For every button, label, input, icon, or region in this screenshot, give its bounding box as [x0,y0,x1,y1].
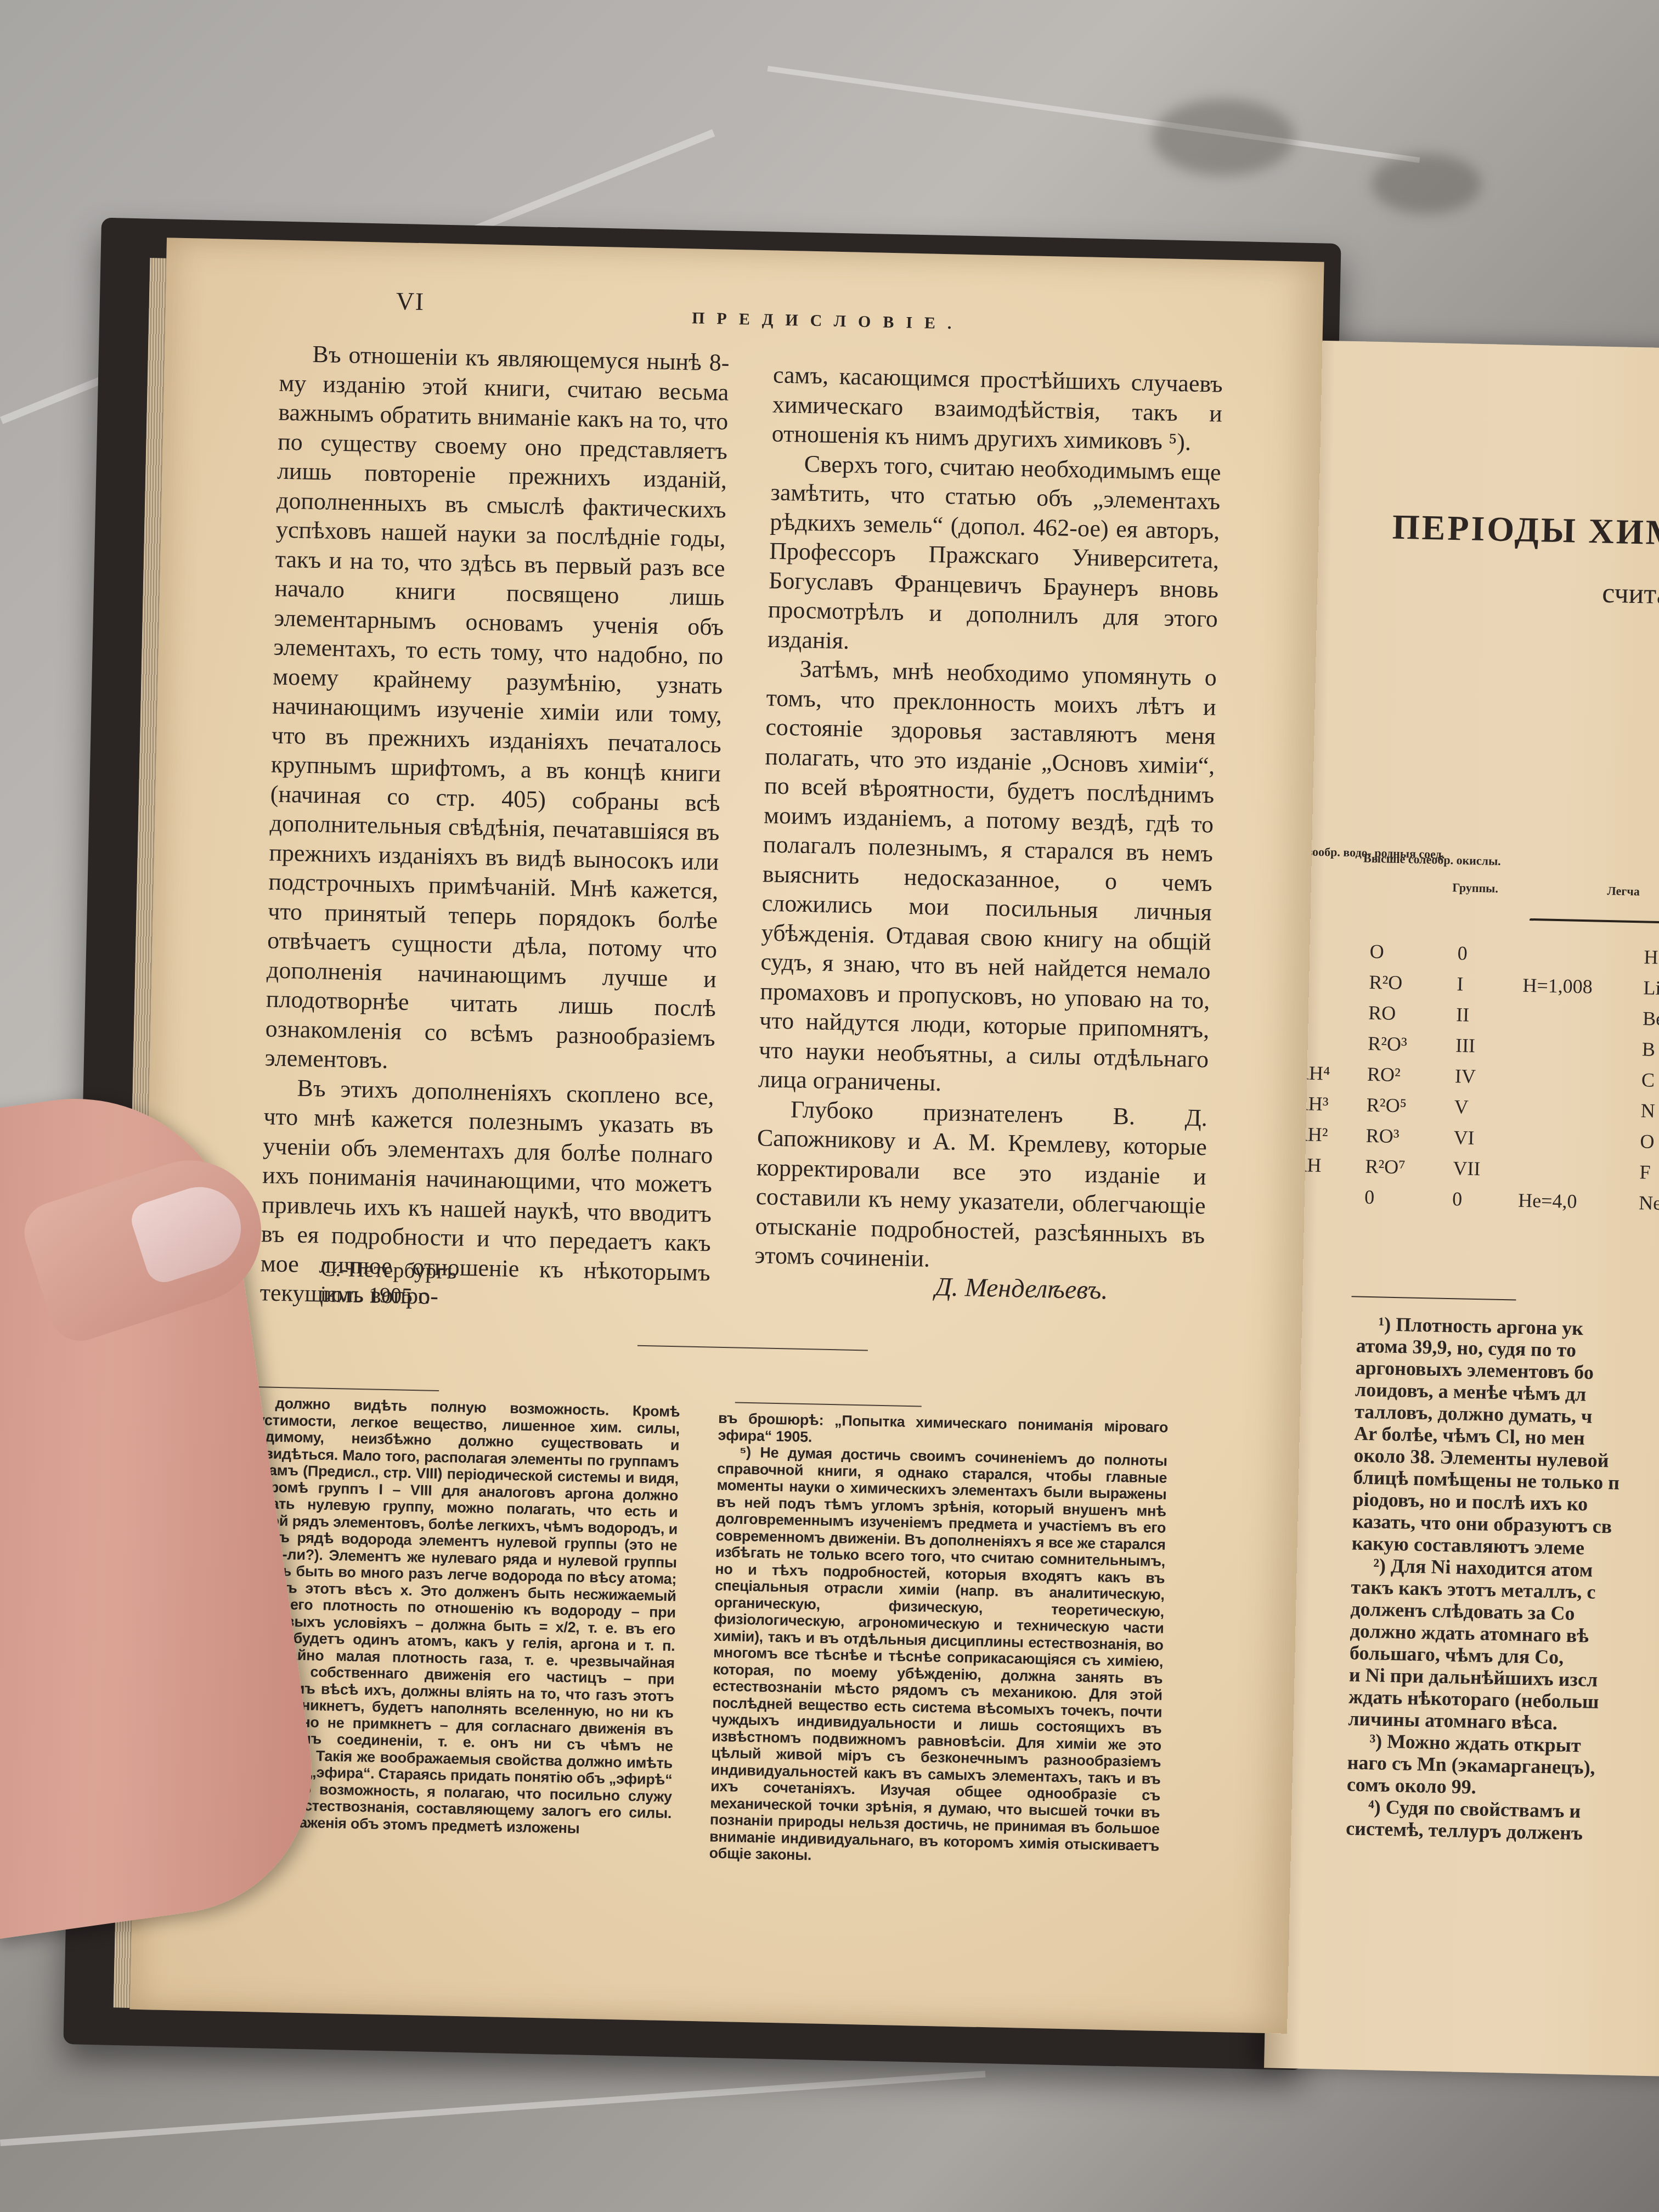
right-page-title: ПЕРІОДЫ ХИМИЧЕ [1392,507,1659,555]
cell-oxide: RO³ [1365,1124,1400,1148]
cell-group: III [1455,1034,1476,1057]
cell-element: N [1640,1099,1655,1122]
cell-oxide: 0 [1364,1186,1375,1209]
cell-oxide: R²O³ [1368,1032,1407,1056]
cell-group: IV [1455,1064,1476,1088]
paragraph: Глубоко признателенъ В. Д. Сапожникову и… [754,1094,1208,1279]
header-oxides: Высшіе солеобр. окислы. [1363,852,1435,867]
paragraph: самъ, касающимся простѣйшихъ случаевъ хи… [771,360,1223,458]
cell-group: 0 [1457,941,1468,964]
cell-h-value: H=1,008 [1522,974,1593,998]
cell-oxide: R²O⁵ [1366,1093,1407,1118]
cell-element: O [1640,1130,1655,1153]
cell-group: V [1454,1095,1469,1119]
paragraph: Въ отношеніи къ являющемуся нынѣ 8-му из… [264,339,730,1082]
section-divider [637,1345,868,1351]
cell-element: Ne [1639,1191,1659,1215]
running-head: ПРЕДИСЛОВІЕ. [692,309,964,333]
table-row: 000He=4,0Ne [1288,1184,1659,1221]
cell-element: B [1642,1037,1656,1060]
cell-oxide: O [1369,940,1384,963]
cell-group: II [1456,1003,1470,1026]
paragraph: ⁵) Не думая достичь своимъ сочиненіемъ д… [709,1443,1167,1871]
right-page-footnotes: ¹) Плотность аргона укатома 39,9, но, су… [1346,1313,1659,1848]
body-column-right: самъ, касающимся простѣйшихъ случаевъ хи… [754,360,1223,1279]
cell-element: Be [1643,1007,1659,1030]
cell-oxide: RO² [1367,1063,1401,1086]
header-lightest: Легча [1590,884,1656,899]
cell-h-value: He=4,0 [1518,1189,1577,1213]
body-column-left: Въ отношеніи къ являющемуся нынѣ 8-му из… [259,339,730,1317]
right-page: ПЕРІОДЫ ХИМИЧЕ считая Газообр. водо- род… [1264,340,1659,2077]
date: іюль 1905 г. [320,1282,456,1310]
place-and-date: С.-Петербургъ іюль 1905 г. [320,1256,457,1310]
floor-stain [1372,154,1481,214]
right-page-subtitle: считая [1602,577,1659,611]
place: С.-Петербургъ [320,1256,457,1284]
table-brace-line [1530,918,1659,925]
paragraph: Затѣмъ, мнѣ необходимо упомянуть о томъ,… [758,653,1217,1103]
cell-group: VII [1453,1156,1481,1180]
cell-group: 0 [1452,1187,1463,1210]
floor-stain [1152,99,1295,176]
cell-group: VI [1453,1126,1475,1149]
page-number: VI [396,286,425,316]
author-signature: Д. Менделѣевъ. [935,1272,1108,1306]
cell-oxide: R²O [1369,970,1403,994]
cell-group: I [1457,972,1464,995]
cell-element: C [1641,1068,1655,1091]
cell-element: Li [1643,976,1659,1000]
cell-oxide: R²O⁷ [1365,1155,1406,1179]
header-groups: Группы. [1442,881,1508,896]
cell-oxide: RO [1368,1001,1396,1025]
cell-element: F [1639,1160,1651,1183]
marble-vein [768,66,1420,163]
cell-element: He [1644,945,1659,969]
footnote-rule-right [735,1402,922,1407]
footnote-rule [1351,1296,1516,1300]
paragraph: Сверхъ того, считаю необходимымъ еще зам… [767,448,1221,663]
marble-vein [0,2070,985,2146]
footnote-rule-left [252,1386,439,1391]
footnotes-right: въ брошюрѣ: „Попытка химическаго пониман… [709,1410,1168,1871]
